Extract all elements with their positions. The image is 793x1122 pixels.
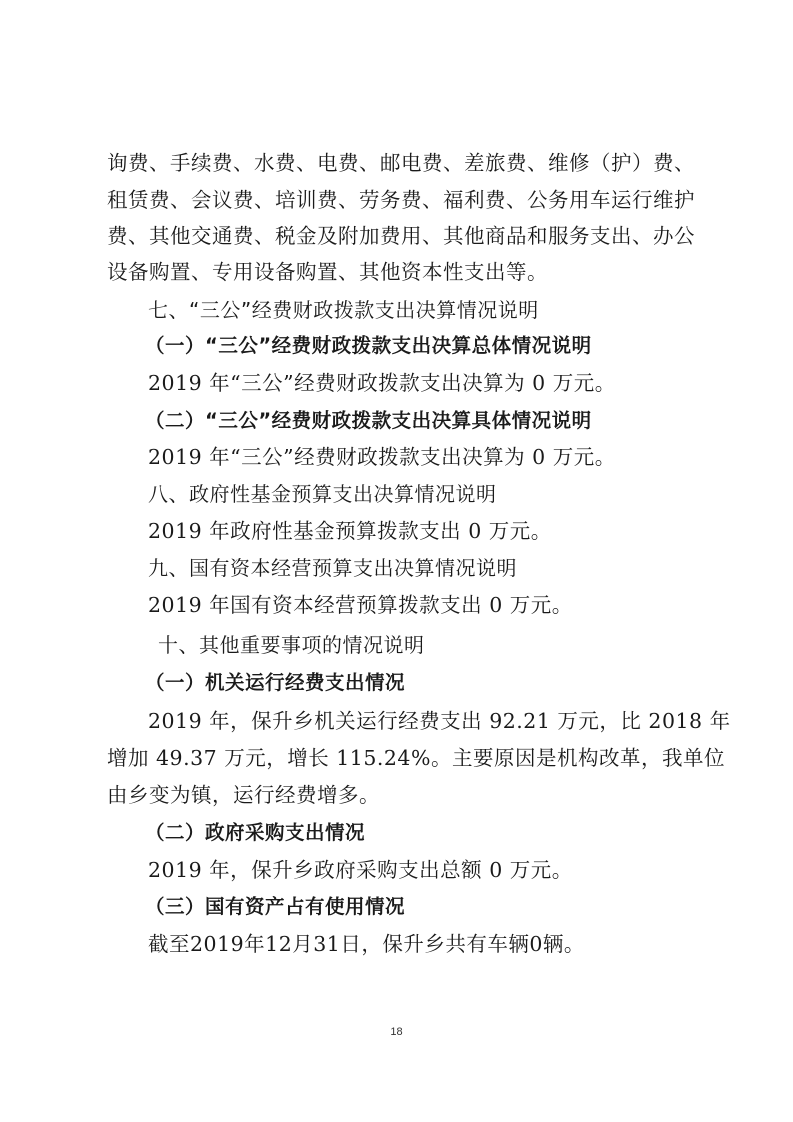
section-7-sub1-body: 2019 年“三公”经费财政拨款支出决算为 0 万元。 [148, 370, 732, 396]
paragraph-line: 费、其他交通费、税金及附加费用、其他商品和服务支出、办公 [107, 223, 691, 249]
section-10-sub2-body: 2019 年，保升乡政府采购支出总额 0 万元。 [148, 857, 732, 883]
section-8-body: 2019 年政府性基金预算拨款支出 0 万元。 [148, 518, 732, 544]
section-10-sub3-body: 截至2019年12月31日，保升乡共有车辆0辆。 [148, 931, 732, 957]
section-7-sub2-body: 2019 年“三公”经费财政拨款支出决算为 0 万元。 [148, 444, 732, 470]
section-9-heading: 九、国有资本经营预算支出决算情况说明 [148, 555, 732, 581]
section-7-sub2-heading: （二）“三公”经费财政拨款支出决算具体情况说明 [145, 408, 729, 434]
section-7-sub1-heading: （一）“三公”经费财政拨款支出决算总体情况说明 [145, 333, 729, 359]
section-10-sub1-body-line: 2019 年，保升乡机关运行经费支出 92.21 万元，比 2018 年 [148, 708, 691, 734]
section-10-sub3-heading: （三）国有资产占有使用情况 [145, 894, 729, 920]
document-page: 询费、手续费、水费、电费、邮电费、差旅费、维修（护）费、 租赁费、会议费、培训费… [0, 0, 793, 1122]
section-10-sub2-heading: （二）政府采购支出情况 [145, 820, 729, 846]
section-7-heading: 七、“三公”经费财政拨款支出决算情况说明 [148, 297, 732, 323]
section-10-sub1-heading: （一）机关运行经费支出情况 [145, 670, 729, 696]
section-10-sub1-body-line: 由乡变为镇，运行经费增多。 [107, 782, 691, 808]
section-9-body: 2019 年国有资本经营预算拨款支出 0 万元。 [148, 592, 732, 618]
paragraph-line: 租赁费、会议费、培训费、劳务费、福利费、公务用车运行维护 [107, 187, 691, 213]
section-10-heading: 十、其他重要事项的情况说明 [158, 632, 742, 658]
page-number: 18 [0, 1026, 793, 1038]
section-10-sub1-body-line: 增加 49.37 万元，增长 115.24%。主要原因是机构改革，我单位 [107, 745, 691, 771]
paragraph-line: 询费、手续费、水费、电费、邮电费、差旅费、维修（护）费、 [107, 150, 691, 176]
paragraph-line: 设备购置、专用设备购置、其他资本性支出等。 [107, 259, 691, 285]
section-8-heading: 八、政府性基金预算支出决算情况说明 [148, 481, 732, 507]
